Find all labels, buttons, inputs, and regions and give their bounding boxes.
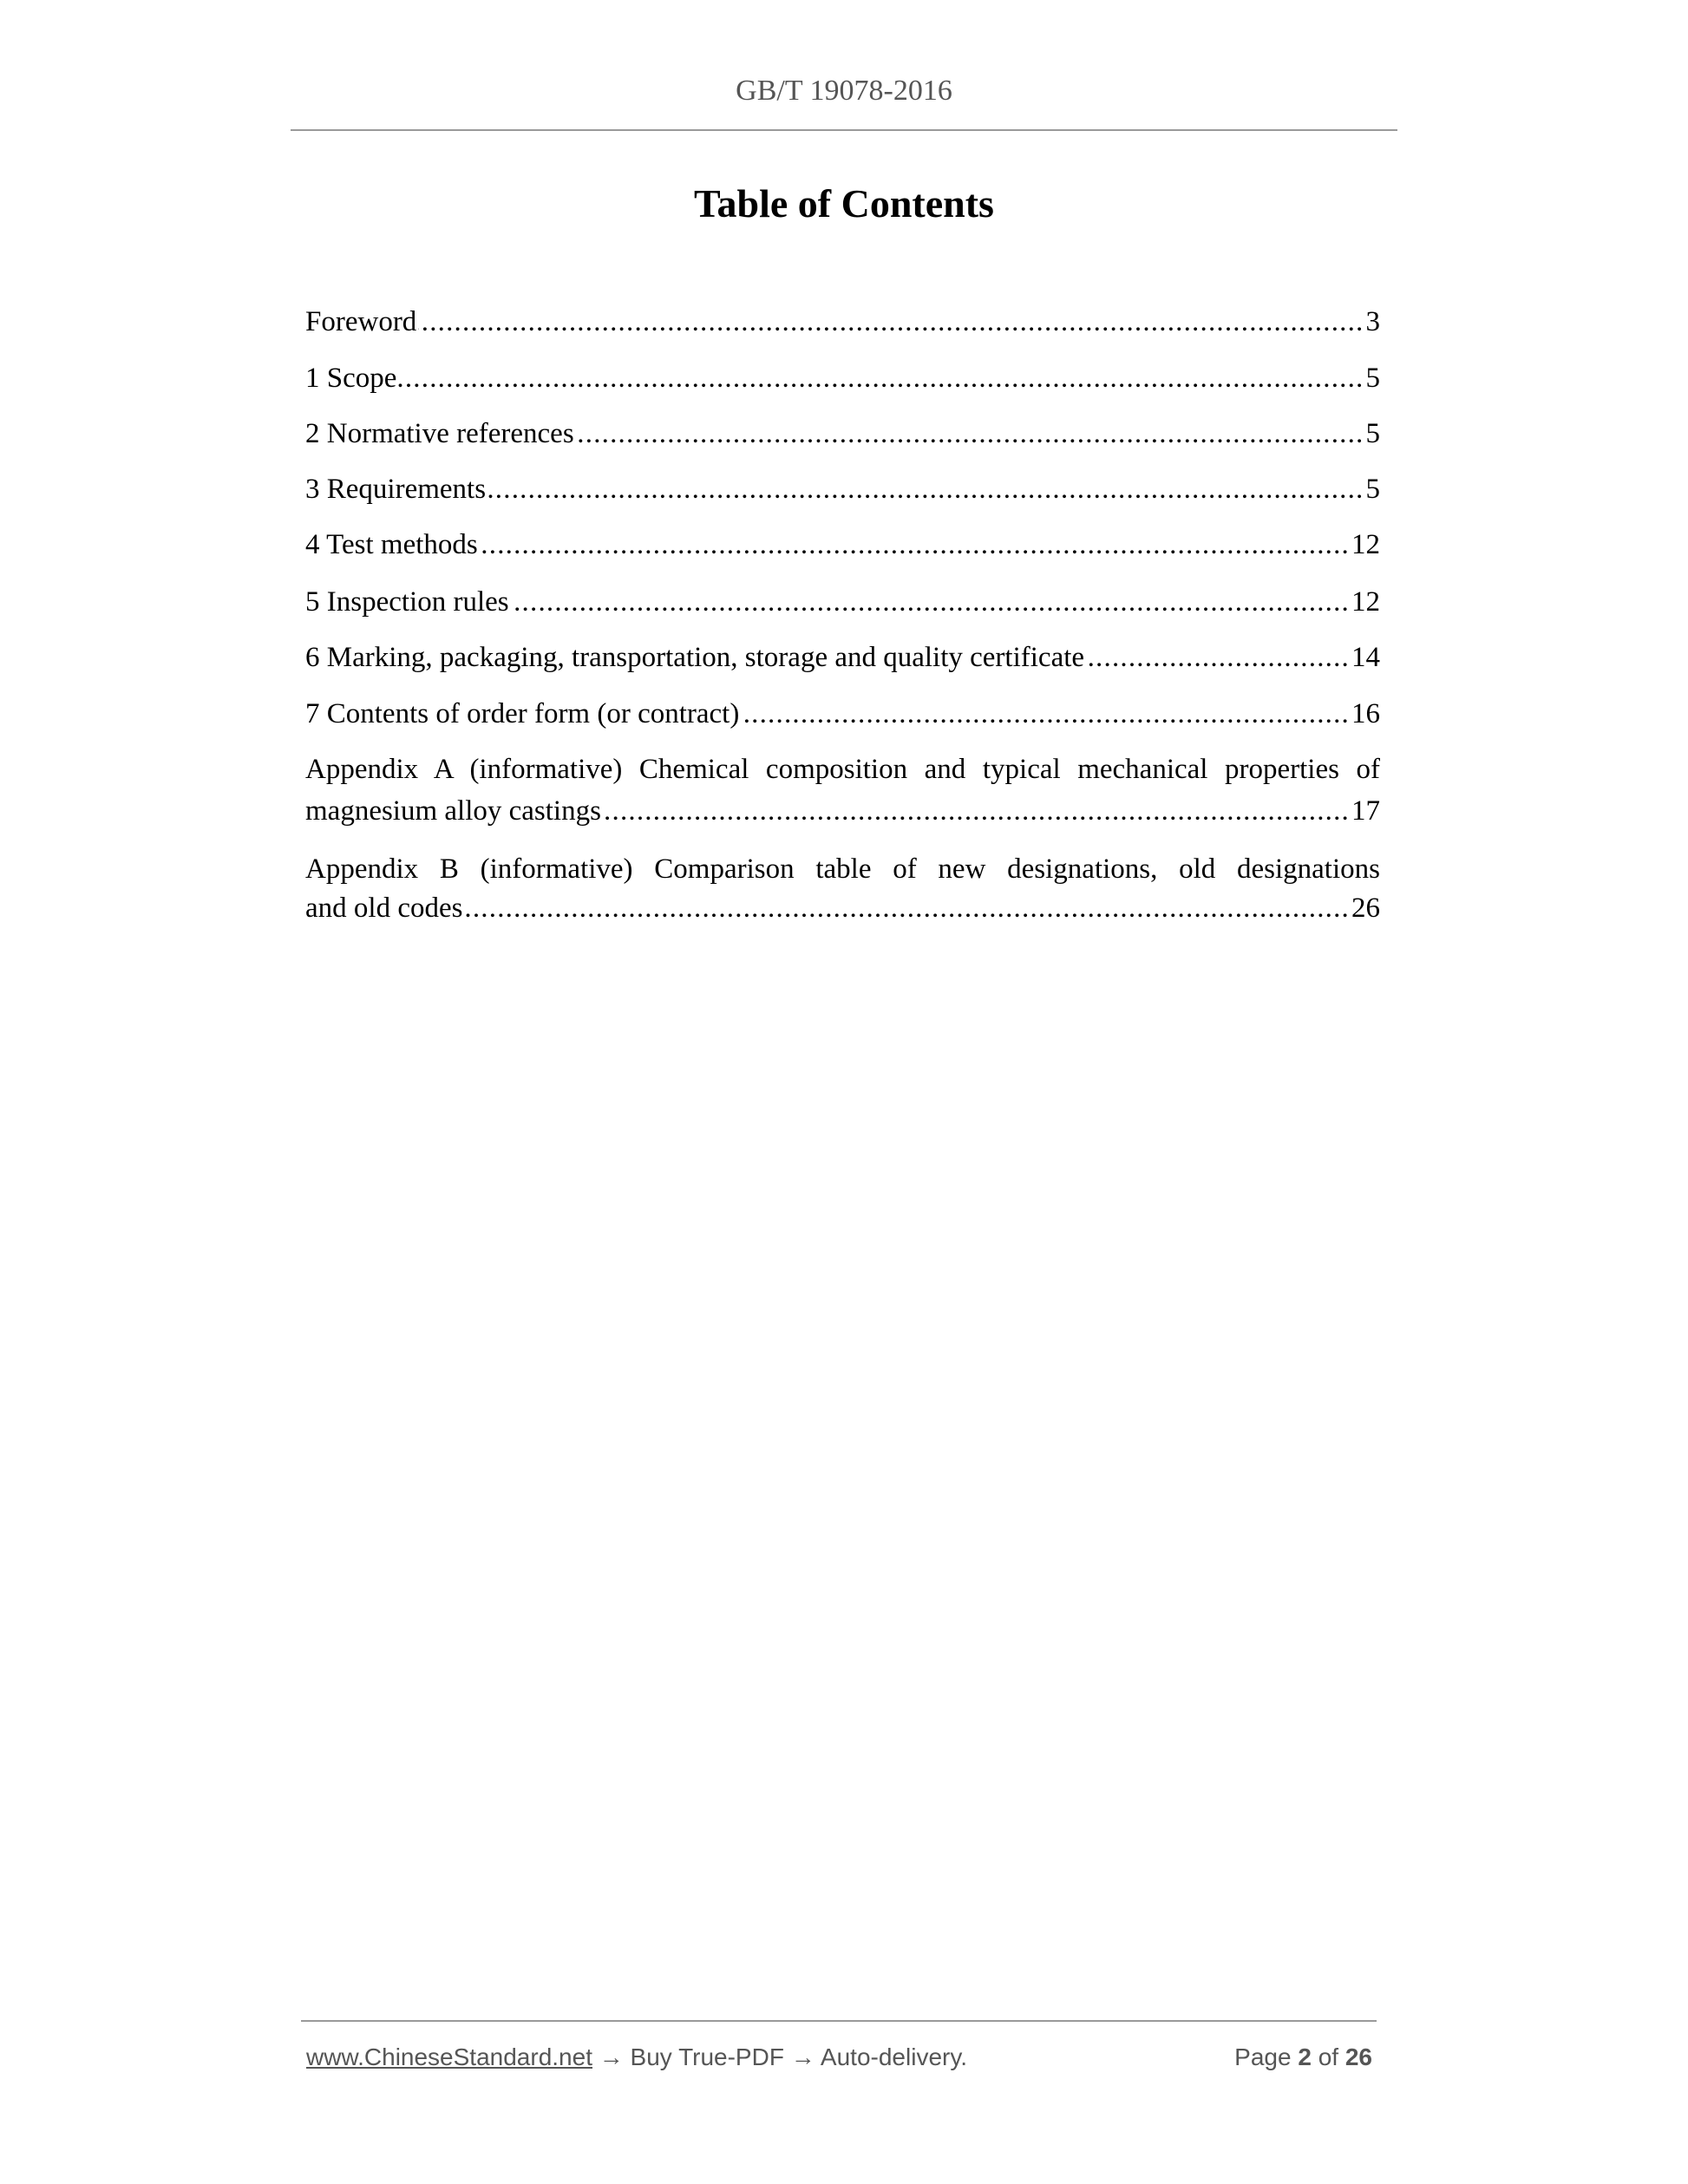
page-of-label: of (1318, 2043, 1338, 2070)
toc-entry-title-line1: Appendix B (informative) Comparison tabl… (305, 852, 1380, 886)
total-pages-number: 26 (1345, 2043, 1372, 2070)
page-title: Table of Contents (291, 181, 1397, 226)
toc-page-number: 17 (1351, 794, 1380, 828)
toc-entry-title: 5 Inspection rules (305, 585, 509, 619)
toc-entry-title: 7 Contents of order form (or contract) (305, 696, 739, 731)
toc-entry-title: 2 Normative references (305, 416, 574, 451)
toc-page-number: 5 (1366, 416, 1381, 451)
document-page: GB/T 19078-2016 Table of Contents Forewo… (0, 0, 1688, 2184)
toc-entry-marking-packaging[interactable]: 6 Marking, packaging, transportation, st… (305, 640, 1380, 675)
dot-leader: ........................................… (741, 696, 1350, 731)
toc-page-number: 26 (1351, 891, 1380, 925)
dot-leader: ........................................… (511, 585, 1350, 619)
dot-leader: ........................................… (464, 891, 1350, 925)
dot-leader: ........................................… (398, 361, 1364, 396)
toc-entry-title: and old codes (305, 891, 462, 925)
toc-entry-title: magnesium alloy castings (305, 794, 601, 828)
toc-entry-title-line1: Appendix A (informative) Chemical compos… (305, 752, 1380, 787)
document-code-header: GB/T 19078-2016 (291, 74, 1397, 108)
toc-entry-title-line2-row: magnesium alloy castings ...............… (305, 794, 1380, 828)
site-link[interactable]: www.ChineseStandard.net (306, 2043, 592, 2070)
dot-leader: ........................................… (1086, 640, 1350, 675)
toc-entry-normative-references[interactable]: 2 Normative references .................… (305, 416, 1380, 451)
toc-page-number: 14 (1351, 640, 1380, 675)
toc-entry-foreword[interactable]: Foreword ...............................… (305, 304, 1380, 339)
dot-leader: ........................................… (487, 472, 1364, 507)
dot-leader: ........................................… (576, 416, 1364, 451)
toc-page-number: 5 (1366, 472, 1381, 507)
page-label: Page (1234, 2043, 1291, 2070)
toc-entry-title: 4 Test methods (305, 527, 478, 562)
toc-entry-scope[interactable]: 1 Scope ................................… (305, 361, 1380, 396)
toc-entry-title: 3 Requirements (305, 472, 486, 507)
toc-entry-requirements[interactable]: 3 Requirements .........................… (305, 472, 1380, 507)
toc-entry-title: 6 Marking, packaging, transportation, st… (305, 640, 1084, 675)
toc-entry-test-methods[interactable]: 4 Test methods .........................… (305, 527, 1380, 562)
footer-rule (301, 2020, 1377, 2022)
toc-entry-title: Foreword (305, 304, 416, 339)
toc-page-number: 12 (1351, 585, 1380, 619)
current-page-number: 2 (1298, 2043, 1312, 2070)
dot-leader: ........................................… (418, 304, 1364, 339)
page-indicator: Page 2 of 26 (1192, 2043, 1372, 2072)
toc-entry-title-line2-row: and old codes ..........................… (305, 891, 1380, 925)
toc-entry-inspection-rules[interactable]: 5 Inspection rules .....................… (305, 585, 1380, 619)
footer-promo: www.ChineseStandard.net → Buy True-PDF →… (306, 2043, 967, 2072)
toc-page-number: 3 (1366, 304, 1381, 339)
toc-entry-order-form[interactable]: 7 Contents of order form (or contract) .… (305, 696, 1380, 731)
toc-page-number: 5 (1366, 361, 1381, 396)
footer-promo-text: → Buy True-PDF → Auto-delivery. (592, 2043, 967, 2070)
toc-entry-title: 1 Scope (305, 361, 396, 396)
toc-page-number: 12 (1351, 527, 1380, 562)
dot-leader: ........................................… (603, 794, 1350, 828)
header-rule (291, 129, 1397, 131)
toc-page-number: 16 (1351, 696, 1380, 731)
dot-leader: ........................................… (480, 527, 1350, 562)
